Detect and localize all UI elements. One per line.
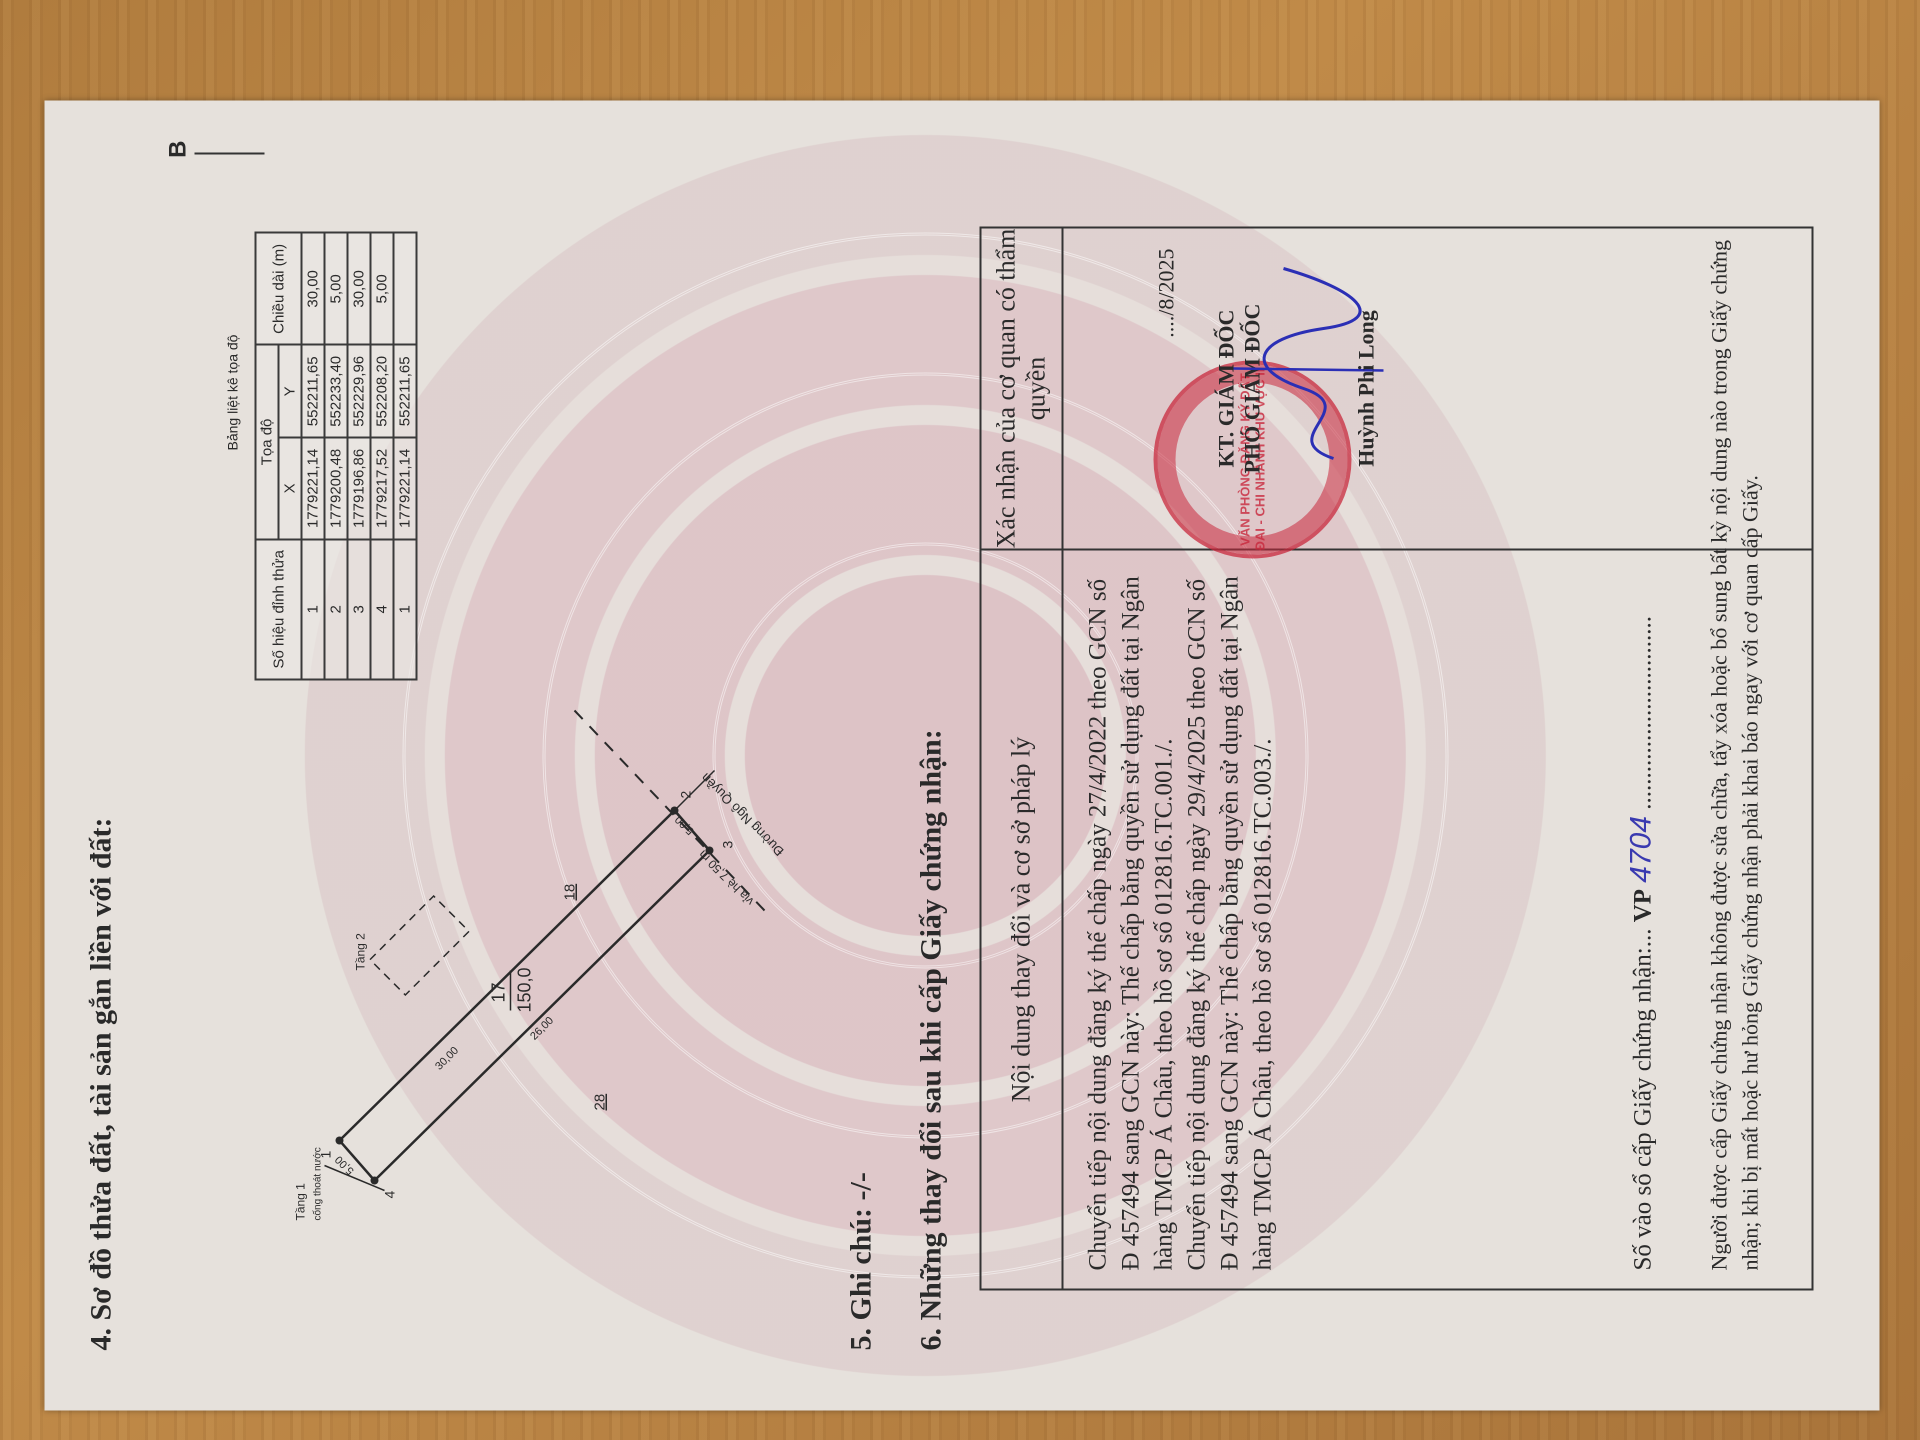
section-6-title: 6. Những thay đổi sau khi cấp Giấy chứng…: [915, 729, 949, 1350]
section-4-title: 4. Sơ đồ thửa đất, tài sản gắn liền với …: [85, 818, 119, 1351]
approval-date: ..../8/2025: [1154, 249, 1180, 338]
header-coords: Tọa độ: [256, 345, 279, 539]
header-length: Chiều dài (m): [256, 233, 302, 345]
certificate-photo: 4. Sơ đồ thửa đất, tài sản gắn liền với …: [45, 100, 1880, 1410]
parcel-diagram: 1 2 3 4 17 150,0 18 28 30,00 26,00 5,00 …: [245, 691, 805, 1371]
changes-content-cell: Chuyển tiếp nội dung đăng ký thế chấp ng…: [1064, 549, 1812, 1289]
registry-line: Số vào sổ cấp Giấy chứng nhận:... VP 470…: [1625, 616, 1659, 1271]
change-entry: Chuyển tiếp nội dung đăng ký thế chấp ng…: [1181, 569, 1280, 1271]
svg-text:Tầng 2: Tầng 2: [354, 933, 368, 971]
svg-text:3: 3: [720, 841, 736, 849]
changes-approval-header: Xác nhận của cơ quan có thẩm quyền: [982, 229, 1062, 549]
changes-content-header: Nội dung thay đổi và cơ sở pháp lý: [982, 549, 1062, 1289]
table-row: 31779196,86552229,9630,00: [348, 233, 371, 680]
svg-text:2: 2: [678, 791, 694, 799]
svg-text:30,00: 30,00: [433, 1045, 461, 1073]
vertex-4: [371, 1177, 379, 1185]
coordinate-table: Số hiệu đỉnh thửa Tọa độ Chiều dài (m) X…: [255, 232, 418, 681]
registry-label: Số vào sổ cấp Giấy chứng nhận:...: [1630, 929, 1657, 1271]
svg-text:Đường Ngô Quyền: Đường Ngô Quyền: [698, 770, 787, 859]
svg-text:vỉa hè 7,50 m: vỉa hè 7,50 m: [696, 847, 757, 908]
table-row: 11779221,14552211,65: [394, 233, 417, 680]
svg-text:17: 17: [489, 982, 509, 1002]
section-5-title: 5. Ghi chú: -/-: [845, 1172, 879, 1350]
coord-table-caption: Bảng liệt kê tọa độ: [225, 335, 241, 451]
svg-text:cống thoát nước: cống thoát nước: [312, 1147, 324, 1220]
signer-name: Huỳnh Phi Long: [1354, 229, 1380, 549]
header-x: X: [279, 438, 302, 539]
svg-text:28: 28: [592, 1094, 609, 1111]
approval-cell: ..../8/2025 VĂN PHÒNG ĐĂNG KÝ ĐẤT ĐAI - …: [1064, 229, 1812, 549]
change-entry: Chuyển tiếp nội dung đăng ký thế chấp ng…: [1082, 569, 1181, 1271]
svg-text:Tầng 1: Tầng 1: [294, 1183, 308, 1221]
registry-number: 4704: [1625, 816, 1658, 883]
registry-dots: ...............................: [1630, 616, 1657, 810]
svg-text:4: 4: [382, 1191, 398, 1199]
table-row: 21779200,48552233,405,00: [325, 233, 348, 680]
svg-text:150,0: 150,0: [515, 967, 535, 1012]
table-row: 41779217,52552208,205,00: [371, 233, 394, 680]
north-arrow-icon: [195, 153, 265, 155]
changes-table: Nội dung thay đổi và cơ sở pháp lý Xác n…: [980, 227, 1814, 1291]
registry-prefix: VP: [1630, 889, 1657, 922]
svg-text:26,00: 26,00: [528, 1015, 556, 1043]
svg-text:18: 18: [562, 884, 579, 901]
header-y: Y: [279, 345, 302, 438]
header-point: Số hiệu đỉnh thửa: [256, 539, 302, 679]
table-row: 11779221,14552211,6530,00: [302, 233, 325, 680]
certificate-page: 4. Sơ đồ thửa đất, tài sản gắn liền với …: [45, 101, 1880, 1411]
north-arrow-label: B: [165, 141, 193, 158]
vertex-1: [336, 1137, 344, 1145]
certificate-notice: Người được cấp Giấy chứng nhận không đượ…: [1705, 191, 1767, 1271]
